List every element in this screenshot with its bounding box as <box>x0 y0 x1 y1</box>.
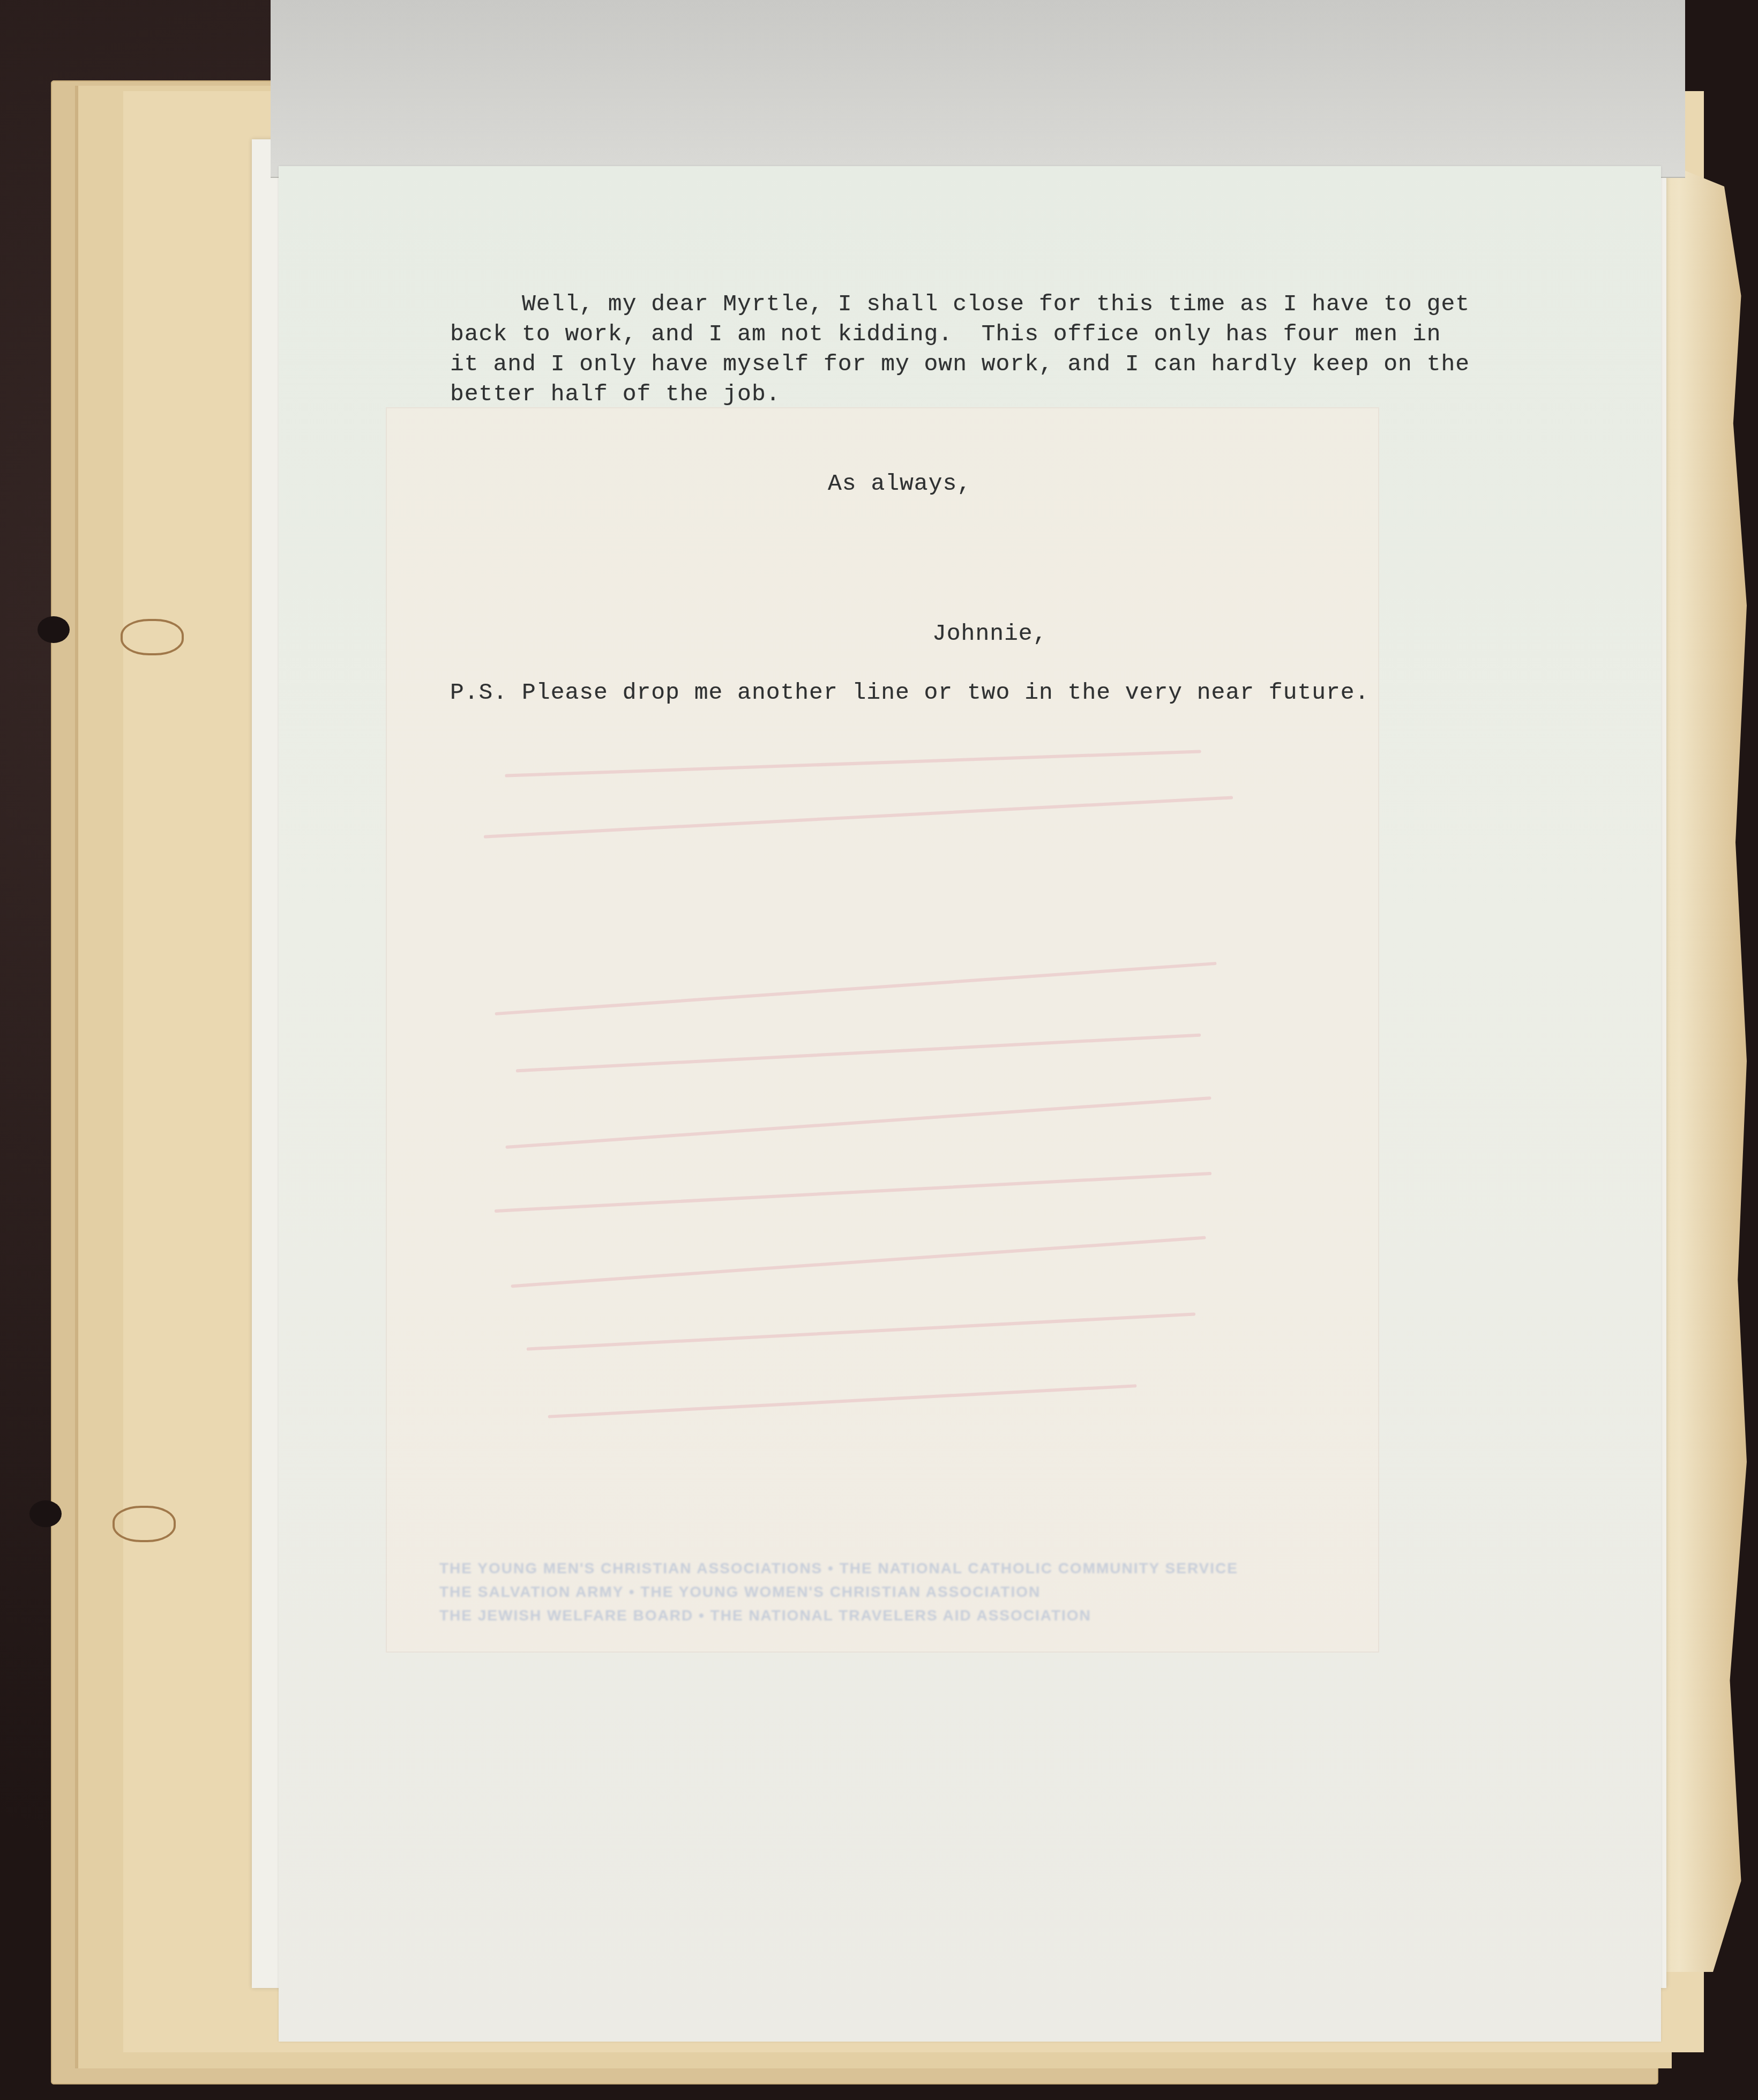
ghost-handwriting-line <box>527 1312 1196 1350</box>
torn-binding-hole-icon <box>121 619 184 655</box>
ghost-handwriting-line <box>505 1096 1211 1149</box>
letter-closing: As always, <box>828 469 971 499</box>
body-line: back to work, and I am not kidding. This… <box>450 319 1470 349</box>
letter-signature: Johnnie, <box>932 619 1047 649</box>
footer-line: The Jewish Welfare Board • The National … <box>439 1604 1307 1627</box>
body-line: it and I only have myself for my own wor… <box>450 349 1470 379</box>
ghost-handwriting-line <box>495 962 1216 1015</box>
footer-line: The Salvation Army • The Young Women's C… <box>439 1580 1307 1604</box>
binding-hole-icon <box>29 1500 62 1527</box>
ghost-handwriting-line <box>495 1172 1211 1213</box>
ghost-handwriting-line <box>516 1034 1201 1073</box>
body-line: Well, my dear Myrtle, I shall close for … <box>450 289 1470 319</box>
show-through-handwritten-note <box>386 407 1379 1653</box>
body-line: better half of the job. <box>450 379 1470 409</box>
letter-body-paragraph: Well, my dear Myrtle, I shall close for … <box>450 289 1470 409</box>
ghost-handwriting-line <box>505 750 1201 777</box>
letterhead-footer-ghost: The Young Men's Christian Associations •… <box>439 1557 1307 1627</box>
footer-line: The Young Men's Christian Associations •… <box>439 1557 1307 1580</box>
ghost-handwriting-line <box>548 1384 1137 1418</box>
ghost-handwriting-line <box>484 796 1233 838</box>
binding-hole-icon <box>38 616 70 643</box>
folded-tissue-overlay <box>271 0 1685 178</box>
letter-postscript: P.S. Please drop me another line or two … <box>450 678 1369 708</box>
ghost-handwriting-line <box>511 1236 1206 1288</box>
torn-binding-hole-icon <box>113 1506 176 1542</box>
